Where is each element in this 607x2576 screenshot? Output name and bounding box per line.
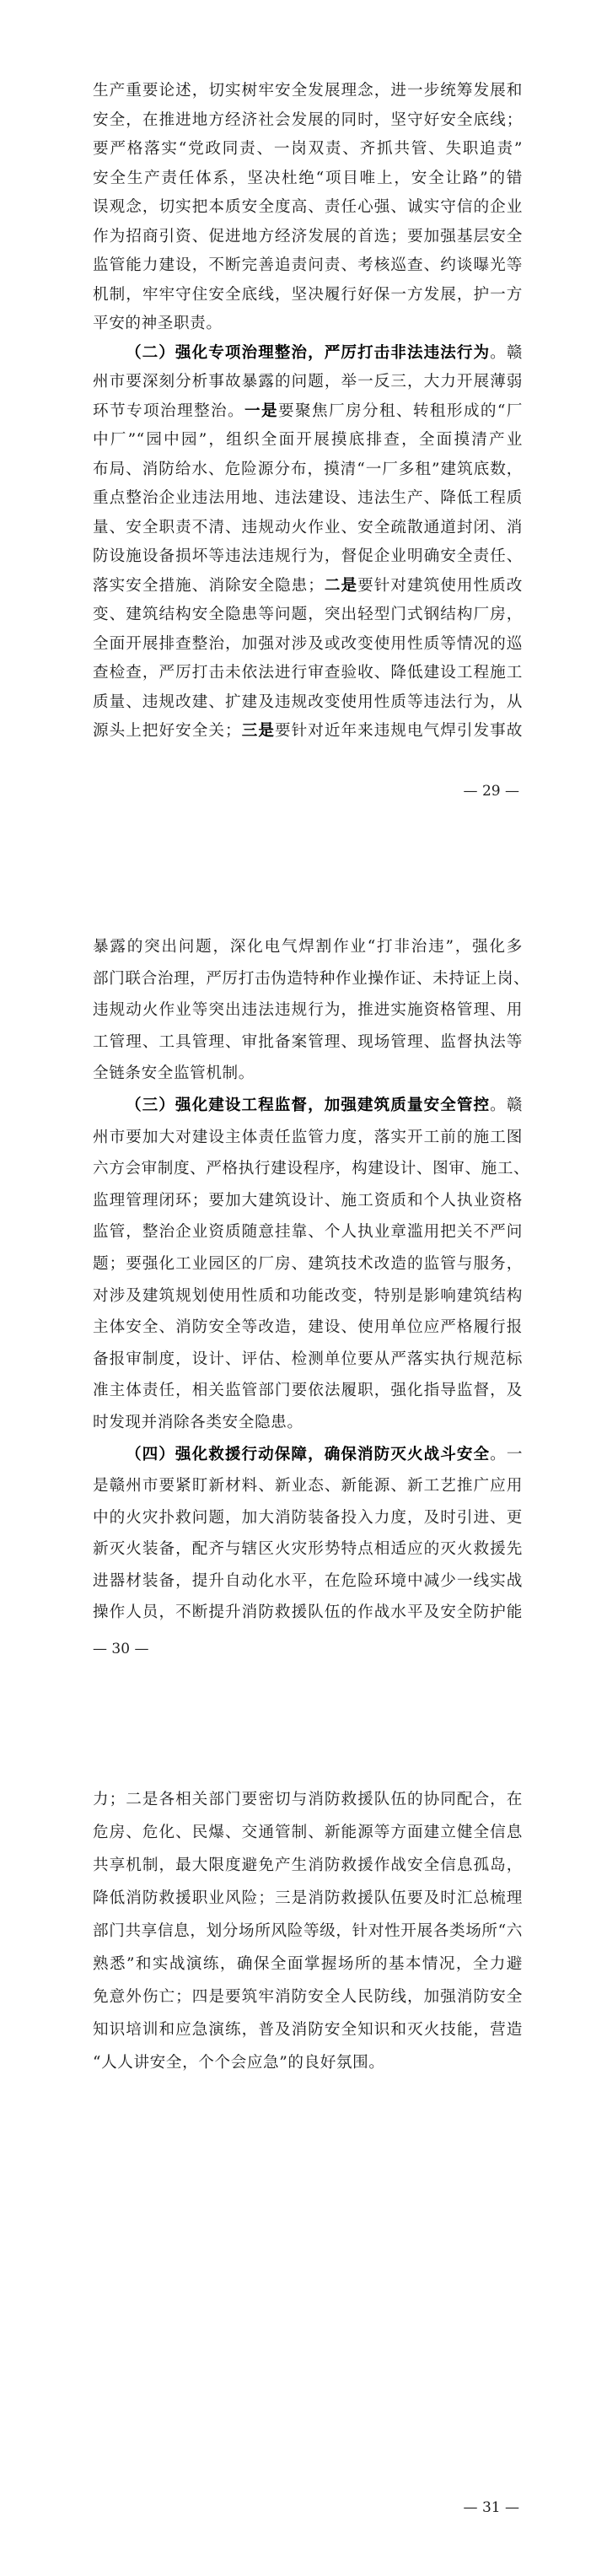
text-line: 备报审制度，设计、评估、检测单位要从严落实执行规范标 <box>93 1344 523 1376</box>
body-text: 量、安全职责不清、违规动火作业、安全疏散通道封闭、消 <box>93 519 523 536</box>
body-text: 共享机制，最大限度避免产生消防救援作战安全信息孤岛， <box>93 1857 523 1874</box>
body-text: 。一 <box>490 1446 523 1463</box>
bold-text: 一是 <box>244 402 278 420</box>
text-line: 查检查，严厉打击未依法进行审查验收、降低建设工程施工 <box>93 659 523 688</box>
body-text: 部门联合治理，严厉打击伪造特种作业操作证、未持证上岗、 <box>93 970 529 988</box>
bold-text: （三）强化建设工程监督，加强建筑质量安全管控 <box>126 1097 490 1114</box>
text-line: （四）强化救援行动保障，确保消防灭火战斗安全。一 <box>93 1439 523 1471</box>
body-text: 中厂”“园中园”，组织全面开展摸底排查，全面摸清产业 <box>93 431 523 449</box>
body-text: 全链条安全监管机制。 <box>93 1064 255 1082</box>
text-line: 违规动火作业等突出违法违规行为，推进实施资格管理、用 <box>93 994 523 1027</box>
text-line: 布局、消防给水、危险源分布，摸清“一厂多租”建筑底数， <box>93 455 523 485</box>
text-line: 新灭火装备，配齐与辖区火灾形势特点相适应的灭火救援先 <box>93 1533 523 1566</box>
text-line: 部门联合治理，严厉打击伪造特种作业操作证、未持证上岗、 <box>93 963 523 995</box>
text-line: 工管理、工具管理、审批备案管理、现场管理、监督执法等 <box>93 1027 523 1059</box>
text-line: 监理管理闭环；要加大建筑设计、施工资质和个人执业资格 <box>93 1185 523 1217</box>
text-line: 危房、危化、民爆、交通管制、新能源等方面建立健全信息 <box>93 1816 523 1849</box>
text-line: 力；二是各相关部门要密切与消防救援队伍的协同配合，在 <box>93 1783 523 1816</box>
text-line: 变、建筑结构安全隐患等问题，突出轻型门式钢结构厂房， <box>93 601 523 630</box>
text-line: 操作人员，不断提升消防救援队伍的作战水平及安全防护能 <box>93 1597 523 1629</box>
body-text: 备报审制度，设计、评估、检测单位要从严落实执行规范标 <box>93 1350 523 1368</box>
body-text: 违规动火作业等突出违法违规行为，推进实施资格管理、用 <box>93 1001 523 1019</box>
body-text: 源头上把好安全关； <box>93 722 241 740</box>
body-text: 作为招商引资、促进地方经济发展的首选；要加强基层安全 <box>93 228 523 245</box>
text-line: 熟悉”和实战演练，确保全面掌握场所的基本情况，全力避 <box>93 1948 523 1981</box>
text-line: 作为招商引资、促进地方经济发展的首选；要加强基层安全 <box>93 223 523 252</box>
body-text: 落实安全措施、消除安全隐患； <box>93 577 324 595</box>
text-line: 中厂”“园中园”，组织全面开展摸底排查，全面摸清产业 <box>93 426 523 455</box>
body-text: 中的火灾扑救问题，加大消防装备投入力度，及时引进、更 <box>93 1509 523 1527</box>
page-number: — 29 — <box>464 783 519 800</box>
body-text: 查检查，严厉打击未依法进行审查验收、降低建设工程施工 <box>93 664 523 682</box>
text-line: 机制，牢牢守住安全底线，坚决履行好保一方发展，护一方 <box>93 281 523 310</box>
text-line: 误观念，切实把本质安全度高、责任心强、诚实守信的企业 <box>93 193 523 223</box>
text-line: 监管能力建设，不断完善追责问责、考核巡查、约谈曝光等 <box>93 251 523 281</box>
page-30-body: 暴露的突出问题，深化电气焊割作业“打非治违”，强化多部门联合治理，严厉打击伪造特… <box>93 931 523 1629</box>
body-text: 进器材装备，提升自动化水平，在危险环境中减少一线实战 <box>93 1572 523 1590</box>
body-text: 要聚焦厂房分租、转租形成的“厂 <box>278 402 523 420</box>
body-text: 布局、消防给水、危险源分布，摸清“一厂多租”建筑底数， <box>93 461 523 478</box>
body-text: 州市要加大对建设主体责任监管力度，落实开工前的施工图 <box>93 1129 523 1146</box>
text-line: 生产重要论述，切实树牢安全发展理念，进一步统筹发展和 <box>93 77 523 106</box>
text-line: 中的火灾扑救问题，加大消防装备投入力度，及时引进、更 <box>93 1502 523 1534</box>
body-text: “人人讲安全，个个会应急”的良好氛围。 <box>93 2054 385 2072</box>
body-text: 新灭火装备，配齐与辖区火灾形势特点相适应的灭火救援先 <box>93 1540 523 1558</box>
body-text: 部门共享信息，划分场所风险等级，针对性开展各类场所“六 <box>93 1922 523 1940</box>
text-line: 进器材装备，提升自动化水平，在危险环境中减少一线实战 <box>93 1566 523 1598</box>
text-line: 暴露的突出问题，深化电气焊割作业“打非治违”，强化多 <box>93 931 523 963</box>
body-text: 时发现并消除各类安全隐患。 <box>93 1414 303 1431</box>
text-line: 安全生产责任体系，坚决杜绝“项目唯上，安全让路”的错 <box>93 164 523 194</box>
page-29: 生产重要论述，切实树牢安全发展理念，进一步统筹发展和安全，在推进地方经济社会发展… <box>0 0 607 877</box>
text-line: 共享机制，最大限度避免产生消防救援作战安全信息孤岛， <box>93 1849 523 1882</box>
body-text: 质量、违规改建、扩建及违规改变使用性质等违法行为，从 <box>93 693 523 711</box>
body-text: 环节专项治理整治。 <box>93 402 244 420</box>
text-line: 量、安全职责不清、违规动火作业、安全疏散通道封闭、消 <box>93 514 523 543</box>
bold-text: 二是 <box>324 577 357 595</box>
text-line: （三）强化建设工程监督，加强建筑质量安全管控。赣 <box>93 1090 523 1122</box>
text-line: 州市要深刻分析事故暴露的问题，举一反三，大力开展薄弱 <box>93 368 523 397</box>
text-line: 质量、违规改建、扩建及违规改变使用性质等违法行为，从 <box>93 688 523 718</box>
body-text: 要针对建筑使用性质改 <box>357 577 523 595</box>
text-line: 环节专项治理整治。一是要聚焦厂房分租、转租形成的“厂 <box>93 397 523 427</box>
text-line: 是赣州市要紧盯新材料、新业态、新能源、新工艺推广应用 <box>93 1470 523 1502</box>
page-30: 暴露的突出问题，深化电气焊割作业“打非治违”，强化多部门联合治理，严厉打击伪造特… <box>0 877 607 1754</box>
text-line: 题；要强化工业园区的厂房、建筑技术改造的监管与服务， <box>93 1248 523 1280</box>
body-text: 误观念，切实把本质安全度高、责任心强、诚实守信的企业 <box>93 198 523 216</box>
body-text: 要针对近年来违规电气焊引发事故 <box>275 722 523 740</box>
text-line: “人人讲安全，个个会应急”的良好氛围。 <box>93 2046 523 2079</box>
body-text: 免意外伤亡；四是要筑牢消防安全人民防线，加强消防安全 <box>93 1988 523 2006</box>
text-line: 准主体责任，相关监管部门要依法履职，强化指导监督，及 <box>93 1375 523 1407</box>
body-text: 监管能力建设，不断完善追责问责、考核巡查、约谈曝光等 <box>93 256 523 274</box>
text-line: 全面开展排查整治，加强对涉及或改变使用性质等情况的巡 <box>93 630 523 660</box>
body-text: 危房、危化、民爆、交通管制、新能源等方面建立健全信息 <box>93 1824 523 1841</box>
body-text: 全面开展排查整治，加强对涉及或改变使用性质等情况的巡 <box>93 635 523 653</box>
body-text: 防设施设备损坏等违法违规行为，督促企业明确安全责任、 <box>93 547 523 565</box>
body-text: 机制，牢牢守住安全底线，坚决履行好保一方发展，护一方 <box>93 286 523 304</box>
body-text: 工管理、工具管理、审批备案管理、现场管理、监督执法等 <box>93 1033 523 1051</box>
text-line: 主体安全、消防安全等改造，建设、使用单位应严格履行报 <box>93 1312 523 1344</box>
page-number: — 31 — <box>464 2499 519 2516</box>
body-text: 是赣州市要紧盯新材料、新业态、新能源、新工艺推广应用 <box>93 1477 523 1495</box>
body-text: 生产重要论述，切实树牢安全发展理念，进一步统筹发展和 <box>93 82 523 100</box>
body-text: 监管，整治企业资质随意挂靠、个人执业章滥用把关不严问 <box>93 1223 523 1241</box>
body-text: 平安的神圣职责。 <box>93 315 223 332</box>
body-text: 题；要强化工业园区的厂房、建筑技术改造的监管与服务， <box>93 1255 523 1273</box>
body-text: 对涉及建筑规划使用性质和功能改变，特别是影响建筑结构 <box>93 1287 523 1305</box>
bold-text: （二）强化专项治理整治，严厉打击非法违法行为 <box>126 344 490 362</box>
bold-text: 三是 <box>241 722 275 740</box>
text-line: 平安的神圣职责。 <box>93 310 523 339</box>
body-text: 操作人员，不断提升消防救援队伍的作战水平及安全防护能 <box>93 1603 523 1621</box>
text-line: 六方会审制度、严格执行建设程序，构建设计、图审、施工、 <box>93 1153 523 1185</box>
body-text: 降低消防救援职业风险；三是消防救援队伍要及时汇总梳理 <box>93 1889 523 1907</box>
body-text: 主体安全、消防安全等改造，建设、使用单位应严格履行报 <box>93 1318 523 1336</box>
body-text: 要严格落实“党政同责、一岗双责、齐抓共管、失职追责” <box>93 140 523 158</box>
text-line: 州市要加大对建设主体责任监管力度，落实开工前的施工图 <box>93 1122 523 1154</box>
body-text: 准主体责任，相关监管部门要依法履职，强化指导监督，及 <box>93 1382 523 1399</box>
body-text: 力；二是各相关部门要密切与消防救援队伍的协同配合，在 <box>93 1791 523 1808</box>
bold-text: （四）强化救援行动保障，确保消防灭火战斗安全 <box>126 1446 490 1463</box>
text-line: 源头上把好安全关；三是要针对近年来违规电气焊引发事故 <box>93 717 523 746</box>
text-line: 时发现并消除各类安全隐患。 <box>93 1407 523 1439</box>
text-line: 部门共享信息，划分场所风险等级，针对性开展各类场所“六 <box>93 1915 523 1948</box>
text-line: 对涉及建筑规划使用性质和功能改变，特别是影响建筑结构 <box>93 1280 523 1312</box>
body-text: 重点整治企业违法用地、违法建设、违法生产、降低工程质 <box>93 489 523 507</box>
body-text: 。赣 <box>490 1097 523 1114</box>
text-line: （二）强化专项治理整治，严厉打击非法违法行为。赣 <box>93 339 523 369</box>
text-line: 安全，在推进地方经济社会发展的同时，坚守好安全底线； <box>93 106 523 136</box>
body-text: 安全，在推进地方经济社会发展的同时，坚守好安全底线； <box>93 111 523 129</box>
body-text: 六方会审制度、严格执行建设程序，构建设计、图审、施工、 <box>93 1160 529 1178</box>
text-line: 要严格落实“党政同责、一岗双责、齐抓共管、失职追责” <box>93 135 523 164</box>
body-text: 安全生产责任体系，坚决杜绝“项目唯上，安全让路”的错 <box>93 170 523 187</box>
text-line: 落实安全措施、消除安全隐患；二是要针对建筑使用性质改 <box>93 572 523 601</box>
body-text: 州市要深刻分析事故暴露的问题，举一反三，大力开展薄弱 <box>93 373 523 391</box>
body-text: 。赣 <box>490 344 523 362</box>
page-31: 力；二是各相关部门要密切与消防救援队伍的协同配合，在危房、危化、民爆、交通管制、… <box>0 1754 607 2576</box>
text-line: 监管，整治企业资质随意挂靠、个人执业章滥用把关不严问 <box>93 1216 523 1248</box>
body-text: 暴露的突出问题，深化电气焊割作业“打非治违”，强化多 <box>93 938 523 956</box>
body-text: 监理管理闭环；要加大建筑设计、施工资质和个人执业资格 <box>93 1192 523 1210</box>
page-29-body: 生产重要论述，切实树牢安全发展理念，进一步统筹发展和安全，在推进地方经济社会发展… <box>93 77 523 746</box>
text-line: 降低消防救援职业风险；三是消防救援队伍要及时汇总梳理 <box>93 1882 523 1915</box>
text-line: 重点整治企业违法用地、违法建设、违法生产、降低工程质 <box>93 484 523 514</box>
page-number: — 30 — <box>93 1641 148 1657</box>
text-line: 全链条安全监管机制。 <box>93 1058 523 1090</box>
page-31-body: 力；二是各相关部门要密切与消防救援队伍的协同配合，在危房、危化、民爆、交通管制、… <box>93 1783 523 2079</box>
text-line: 知识培训和应急演练，普及消防安全知识和灭火技能，营造 <box>93 2013 523 2046</box>
body-text: 熟悉”和实战演练，确保全面掌握场所的基本情况，全力避 <box>93 1955 523 1973</box>
text-line: 免意外伤亡；四是要筑牢消防安全人民防线，加强消防安全 <box>93 1981 523 2013</box>
text-line: 防设施设备损坏等违法违规行为，督促企业明确安全责任、 <box>93 542 523 572</box>
body-text: 知识培训和应急演练，普及消防安全知识和灭火技能，营造 <box>93 2021 523 2039</box>
body-text: 变、建筑结构安全隐患等问题，突出轻型门式钢结构厂房， <box>93 606 523 623</box>
